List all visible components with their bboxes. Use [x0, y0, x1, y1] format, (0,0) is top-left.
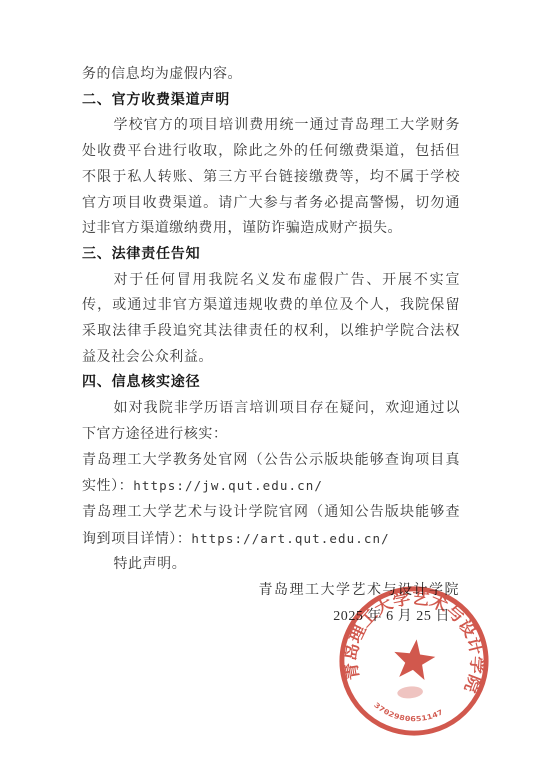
- channel-url-text: https://jw.qut.edu.cn/: [133, 478, 323, 493]
- svg-text:3702980651147: 3702980651147: [371, 700, 445, 727]
- document-page: 务的信息均为虚假内容。 二、官方收费渠道声明 学校官方的项目培训费用统一通过青岛…: [0, 0, 543, 768]
- section-heading-legal-notice: 三、法律责任告知: [82, 242, 460, 268]
- section-heading-verification: 四、信息核实途径: [82, 370, 460, 396]
- seal-code: 3702980651147: [371, 700, 445, 727]
- seal-smudge: [397, 685, 424, 699]
- date-line: 2025 年 6 月 25 日: [82, 604, 460, 630]
- section-body-verification: 如对我院非学历语言培训项目存在疑问，欢迎通过以下官方途径进行核实：: [82, 396, 460, 447]
- section-body-payment-channels: 学校官方的项目培训费用统一通过青岛理工大学财务处收费平台进行收取，除此之外的任何…: [82, 113, 460, 242]
- document-body: 务的信息均为虚假内容。 二、官方收费渠道声明 学校官方的项目培训费用统一通过青岛…: [82, 62, 460, 629]
- section-body-legal-notice: 对于任何冒用我院名义发布虚假广告、开展不实宣传，或通过非官方渠道违规收费的单位及…: [82, 268, 460, 371]
- leading-fragment: 务的信息均为虚假内容。: [82, 62, 460, 88]
- verification-channel-art: 青岛理工大学艺术与设计学院官网（通知公告版块能够查询到项目详情）：https:/…: [82, 500, 460, 552]
- section-heading-payment-channels: 二、官方收费渠道声明: [82, 88, 460, 114]
- signature-line: 青岛理工大学艺术与设计学院: [82, 578, 460, 604]
- verification-channel-jw: 青岛理工大学教务处官网（公告公示版块能够查询项目真实性）：https://jw.…: [82, 448, 460, 500]
- seal-star-icon: [391, 637, 437, 681]
- channel-url-text: https://art.qut.edu.cn/: [191, 531, 389, 546]
- closing-statement: 特此声明。: [82, 552, 460, 578]
